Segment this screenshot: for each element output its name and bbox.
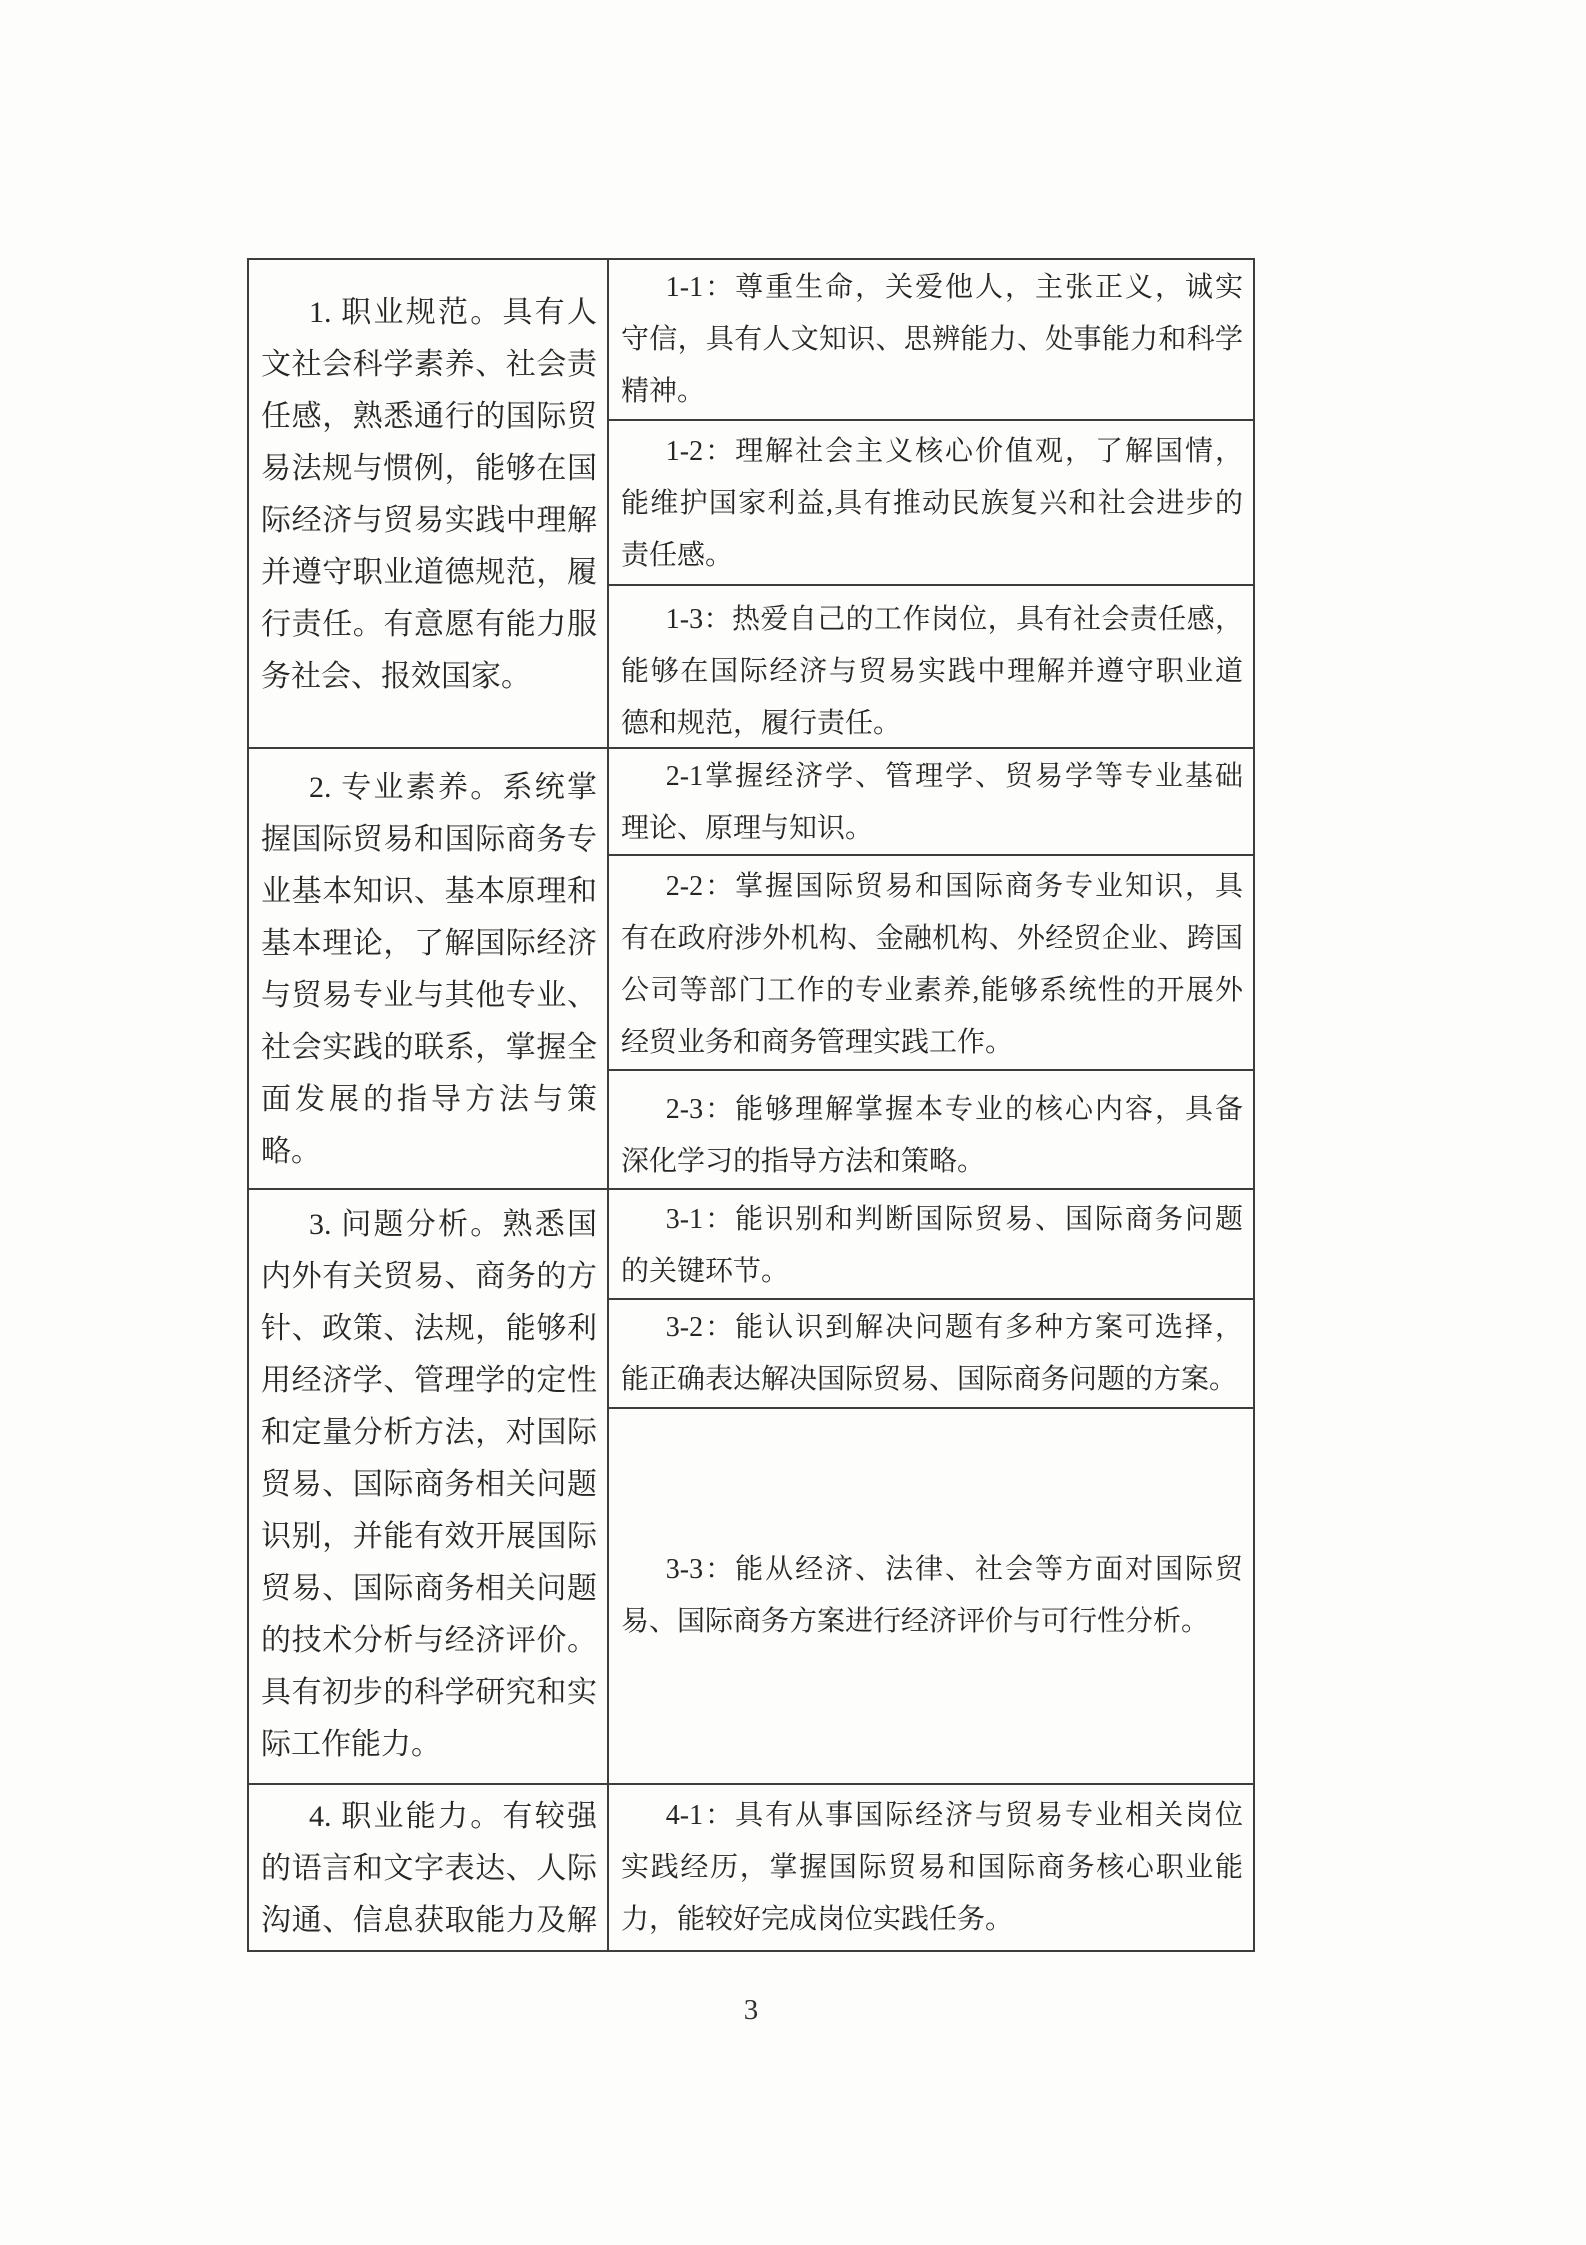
table-cell-requirement-2: 2. 专业素养。系统掌握国际贸易和国际商务专业基本知识、基本原理和基本理论，了解… — [249, 749, 607, 1190]
text-line: 2-1掌握经济学、管理学、贸易学等专业基础 — [621, 751, 1243, 803]
text-line: 3-2：能认识到解决问题有多种方案可选择， — [621, 1302, 1243, 1354]
text-line: 3-3：能从经济、法律、社会等方面对国际贸 — [621, 1544, 1243, 1596]
text-line: 的语言和文字表达、人际 — [261, 1843, 597, 1895]
text-line: 行责任。有意愿有能力服 — [261, 599, 597, 651]
table-cell-indicator-1-1: 1-1：尊重生命，关爱他人，主张正义，诚实守信，具有人文知识、思辨能力、处事能力… — [609, 260, 1253, 421]
text-line: 略。 — [261, 1126, 597, 1178]
text-line: 文社会科学素养、社会责 — [261, 339, 597, 391]
text-line: 易、国际商务方案进行经济评价与可行性分析。 — [621, 1596, 1243, 1648]
text-line: 守信，具有人文知识、思辨能力、处事能力和科学 — [621, 314, 1243, 366]
text-line: 深化学习的指导方法和策略。 — [621, 1136, 1243, 1188]
text-line: 1-2：理解社会主义核心价值观，了解国情， — [621, 426, 1243, 478]
text-line: 德和规范，履行责任。 — [621, 698, 1243, 749]
text-line: 际经济与贸易实践中理解 — [261, 495, 597, 547]
table-cell-requirement-3: 3. 问题分析。熟悉国内外有关贸易、商务的方针、政策、法规，能够利用经济学、管理… — [249, 1190, 607, 1786]
text-line: 基本理论，了解国际经济 — [261, 918, 597, 970]
table-cell-indicator-1-2: 1-2：理解社会主义核心价值观，了解国情，能维护国家利益,具有推动民族复兴和社会… — [609, 421, 1253, 587]
text-line: 务社会、报效国家。 — [261, 651, 597, 703]
table-cell-requirement-1: 1. 职业规范。具有人文社会科学素养、社会责任感，熟悉通行的国际贸易法规与惯例，… — [249, 260, 607, 749]
text-line: 2-3：能够理解掌握本专业的核心内容，具备 — [621, 1084, 1243, 1136]
requirements-column: 1. 职业规范。具有人文社会科学素养、社会责任感，熟悉通行的国际贸易法规与惯例，… — [249, 260, 609, 1950]
text-line: 贸易、国际商务相关问题 — [261, 1459, 597, 1511]
text-line: 贸易、国际商务相关问题 — [261, 1563, 597, 1615]
text-line: 社会实践的联系，掌握全 — [261, 1022, 597, 1074]
text-line: 有在政府涉外机构、金融机构、外经贸企业、跨国 — [621, 913, 1243, 965]
page-number: 3 — [247, 1984, 1255, 2036]
table-cell-indicator-3-2: 3-2：能认识到解决问题有多种方案可选择，能正确表达解决国际贸易、国际商务问题的… — [609, 1300, 1253, 1410]
text-line: 能够在国际经济与贸易实践中理解并遵守职业道 — [621, 646, 1243, 698]
text-line: 1-3：热爱自己的工作岗位，具有社会责任感， — [621, 594, 1243, 646]
text-line: 公司等部门工作的专业素养,能够系统性的开展外 — [621, 965, 1243, 1017]
table-cell-indicator-4-1: 4-1：具有从事国际经济与贸易专业相关岗位实践经历，掌握国际贸易和国际商务核心职… — [609, 1785, 1253, 1950]
text-line: 任感，熟悉通行的国际贸 — [261, 391, 597, 443]
table-cell-indicator-3-3: 3-3：能从经济、法律、社会等方面对国际贸易、国际商务方案进行经济评价与可行性分… — [609, 1409, 1253, 1785]
text-line: 和定量分析方法，对国际 — [261, 1407, 597, 1459]
text-line: 内外有关贸易、商务的方 — [261, 1251, 597, 1303]
table-cell-indicator-2-1: 2-1掌握经济学、管理学、贸易学等专业基础理论、原理与知识。 — [609, 749, 1253, 856]
text-line: 精神。 — [621, 366, 1243, 418]
text-line: 握国际贸易和国际商务专 — [261, 814, 597, 866]
text-line: 力，能较好完成岗位实践任务。 — [621, 1894, 1243, 1946]
text-line: 的关键环节。 — [621, 1246, 1243, 1298]
text-line: 业基本知识、基本原理和 — [261, 866, 597, 918]
text-line: 2-2：掌握国际贸易和国际商务专业知识，具 — [621, 861, 1243, 913]
table-cell-indicator-1-3: 1-3：热爱自己的工作岗位，具有社会责任感，能够在国际经济与贸易实践中理解并遵守… — [609, 586, 1253, 749]
text-line: 识别，并能有效开展国际 — [261, 1511, 597, 1563]
text-line: 理论、原理与知识。 — [621, 803, 1243, 855]
text-line: 实践经历，掌握国际贸易和国际商务核心职业能 — [621, 1842, 1243, 1894]
text-line: 1-1：尊重生命，关爱他人，主张正义，诚实 — [621, 262, 1243, 314]
text-line: 面发展的指导方法与策 — [261, 1074, 597, 1126]
text-line: 并遵守职业道德规范，履 — [261, 547, 597, 599]
text-line: 2. 专业素养。系统掌 — [261, 762, 597, 814]
graduation-requirements-table: 1. 职业规范。具有人文社会科学素养、社会责任感，熟悉通行的国际贸易法规与惯例，… — [247, 258, 1255, 1952]
text-line: 经贸业务和商务管理实践工作。 — [621, 1017, 1243, 1069]
text-line: 与贸易专业与其他专业、 — [261, 970, 597, 1022]
text-line: 3-1：能识别和判断国际贸易、国际商务问题 — [621, 1194, 1243, 1246]
text-line: 1. 职业规范。具有人 — [261, 287, 597, 339]
text-line: 能维护国家利益,具有推动民族复兴和社会进步的 — [621, 478, 1243, 530]
scanned-document-page: 1. 职业规范。具有人文社会科学素养、社会责任感，熟悉通行的国际贸易法规与惯例，… — [0, 0, 1586, 2245]
text-line: 易法规与惯例，能够在国 — [261, 443, 597, 495]
text-line: 能正确表达解决国际贸易、国际商务问题的方案。 — [621, 1354, 1243, 1406]
text-line: 责任感。 — [621, 530, 1243, 582]
text-line: 具有初步的科学研究和实 — [261, 1667, 597, 1719]
indicators-column: 1-1：尊重生命，关爱他人，主张正义，诚实守信，具有人文知识、思辨能力、处事能力… — [609, 260, 1253, 1950]
table-cell-indicator-2-2: 2-2：掌握国际贸易和国际商务专业知识，具有在政府涉外机构、金融机构、外经贸企业… — [609, 856, 1253, 1071]
text-line: 3. 问题分析。熟悉国 — [261, 1199, 597, 1251]
text-line: 4-1：具有从事国际经济与贸易专业相关岗位 — [621, 1790, 1243, 1842]
text-line: 4. 职业能力。有较强 — [261, 1791, 597, 1843]
text-line: 用经济学、管理学的定性 — [261, 1355, 597, 1407]
text-line: 的技术分析与经济评价。 — [261, 1615, 597, 1667]
table-cell-indicator-3-1: 3-1：能识别和判断国际贸易、国际商务问题的关键环节。 — [609, 1190, 1253, 1300]
text-line: 针、政策、法规，能够利 — [261, 1303, 597, 1355]
table-cell-requirement-4: 4. 职业能力。有较强的语言和文字表达、人际沟通、信息获取能力及解 — [249, 1785, 607, 1950]
text-line: 沟通、信息获取能力及解 — [261, 1895, 597, 1947]
table-cell-indicator-2-3: 2-3：能够理解掌握本专业的核心内容，具备深化学习的指导方法和策略。 — [609, 1071, 1253, 1190]
text-line: 际工作能力。 — [261, 1719, 597, 1771]
